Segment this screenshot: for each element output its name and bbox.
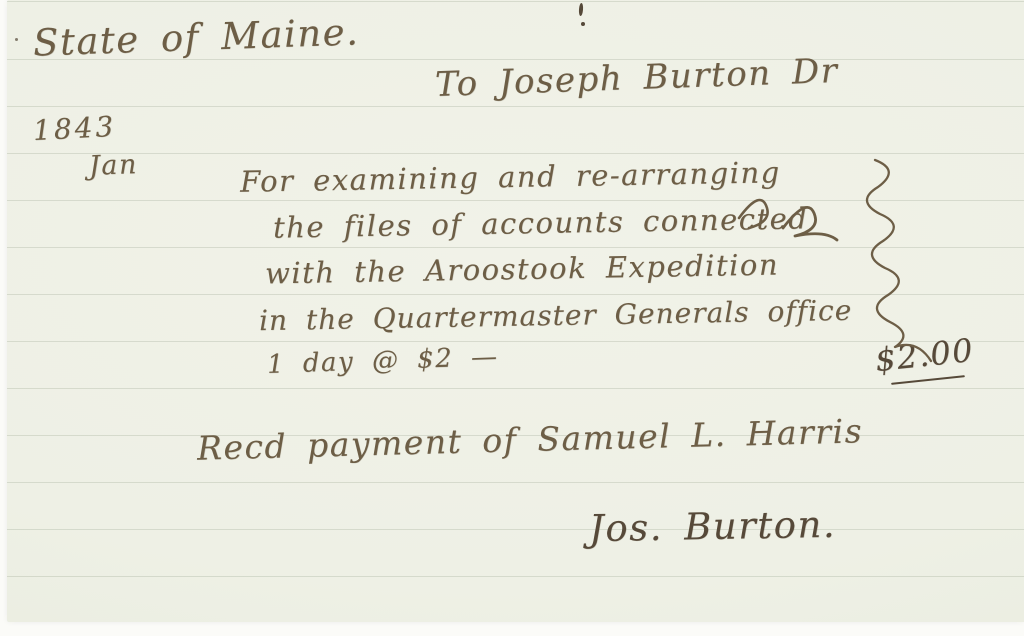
amount-underline xyxy=(891,375,965,385)
body-line-4: in the Quartermaster Generals office xyxy=(259,294,853,337)
signature: Jos. Burton. xyxy=(589,503,837,550)
pen-flourish xyxy=(779,188,839,240)
body-line-3: with the Aroostook Expedition xyxy=(265,248,779,291)
month-label: Jan xyxy=(88,149,138,182)
scanned-document: State of Maine. To Joseph Burton Dr 1843… xyxy=(0,0,1024,636)
ink-blot xyxy=(579,3,584,16)
bill-to-line: To Joseph Burton Dr xyxy=(434,51,839,105)
body-line-2: the files of accounts connected xyxy=(273,201,809,244)
year-label: 1843 xyxy=(32,110,117,147)
rate-line: 1 day @ $2 — xyxy=(267,342,499,380)
pen-flourish xyxy=(733,180,783,230)
paper-sheet: State of Maine. To Joseph Burton Dr 1843… xyxy=(7,0,1024,622)
payment-received-line: Recd payment of Samuel L. Harris xyxy=(197,411,864,467)
ink-blot xyxy=(15,38,18,41)
body-line-1: For examining and re-arranging xyxy=(240,155,781,198)
ink-blot xyxy=(581,22,585,26)
document-title: State of Maine. xyxy=(32,10,360,64)
brace-mark xyxy=(845,156,921,376)
